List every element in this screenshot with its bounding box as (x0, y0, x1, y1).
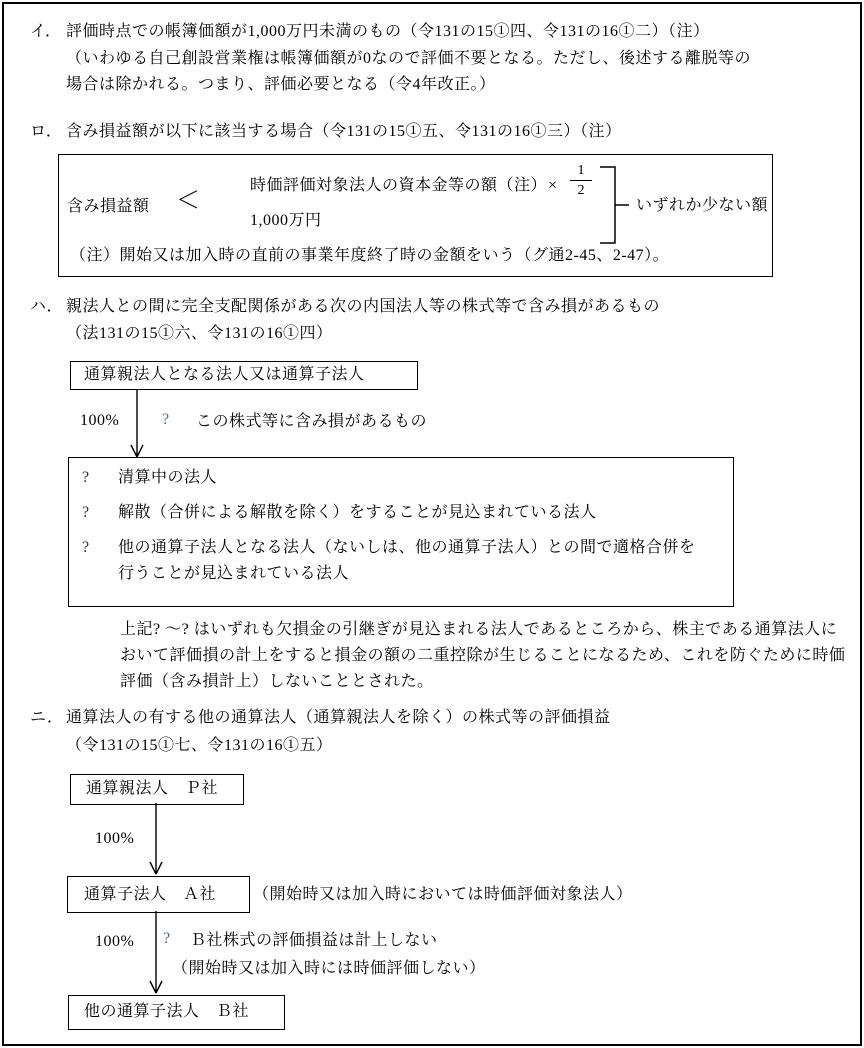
list-item: 他の通算子法人となる法人（ないしは、他の通算子法人）との間で適格合併を (118, 538, 696, 558)
ownership-percent-ha: 100% (80, 411, 119, 431)
formula-alt1: 時価評価対象法人の資本金等の額（注） (250, 176, 547, 196)
ownership-percent-p-a: 100% (95, 829, 134, 849)
list-item: 解散（合併による解散を除く）をすることが見込まれている法人 (118, 503, 597, 523)
parent-company-label: 通算親法人 Ｐ社 (86, 779, 218, 799)
multiply-sign: × (548, 176, 558, 196)
section-ro-line1: 含み損益額が以下に該当する場合（令131の15①五、令131の16①三）（注） (66, 122, 622, 142)
section-ha-label: ハ． (30, 297, 63, 317)
ownership-percent-a-b: 100% (95, 932, 134, 952)
section-i-line1: 評価時点での帳簿価額が1,000万円未満のもの（令131の15①四、令131の1… (66, 22, 710, 42)
section-ni-label: ニ． (30, 708, 63, 728)
arrow-note-ni-line1: Ｂ社株式の評価損益は計上しない (190, 931, 438, 951)
less-than-sign: ＜ (176, 191, 200, 211)
formula-lhs: 含み損益額 (67, 197, 150, 217)
subsidiary-a-note: （開始時又は加入時においては時価評価対象法人） (253, 885, 633, 905)
document-page: イ． 評価時点での帳簿価額が1,000万円未満のもの（令131の15①四、令13… (0, 0, 864, 1048)
subsidiary-a-label: 通算子法人 Ａ社 (84, 885, 216, 905)
arrow-note-ni-line2: （開始時又は加入時には時価評価しない） (172, 959, 486, 979)
question-mark: ? (162, 410, 170, 430)
ha-paragraph-line1: 上記? ～? はいずれも欠損金の引継ぎが見込まれる法人であるところから、株主であ… (120, 620, 837, 640)
section-i-label: イ． (30, 22, 62, 42)
down-arrow-icon (130, 389, 144, 458)
formula-footnote: （注）開始又は加入時の直前の事業年度終了時の金額をいう（グ通2-45、2-47）… (70, 246, 669, 266)
fraction-numerator: 1 (570, 162, 592, 181)
section-ha-line2: （法131の15①六、令131の16①四） (66, 324, 333, 344)
section-ro-label: ロ． (30, 122, 62, 142)
fraction-denominator: 2 (570, 181, 592, 199)
ha-paragraph-line3: 評価（含み損計上）しないこととされた。 (120, 672, 434, 692)
down-arrow-icon (149, 803, 163, 875)
brace-label: いずれか少ない額 (636, 196, 768, 216)
ha-paragraph-line2: おいて評価損の計上をすると損金の額の二重控除が生じることになるため、これを防ぐた… (120, 646, 845, 666)
section-ha-line1: 親法人との間に完全支配関係がある次の内国法人等の株式等で含み損があるもの (66, 297, 660, 317)
arrow-note-ha: この株式等に含み損があるもの (196, 412, 427, 432)
section-i-line2: （いわゆる自己創設営業権は帳簿価額が0なので評価不要となる。ただし、後述する離脱… (66, 49, 751, 69)
subsidiary-b-label: 他の通算子法人 Ｂ社 (84, 1002, 249, 1022)
question-mark: ? (82, 538, 90, 558)
question-mark: ? (82, 503, 90, 523)
question-mark: ? (163, 929, 171, 949)
question-mark: ? (82, 468, 90, 488)
section-ni-line2: （令131の15①七、令131の16①五） (66, 736, 333, 756)
fraction-one-half: 1 2 (570, 162, 592, 199)
down-arrow-icon (149, 911, 163, 994)
formula-alt2: 1,000万円 (250, 211, 322, 231)
list-item-continuation: 行うことが見込まれている法人 (118, 564, 349, 584)
section-i-line3: 場合は除かれる。つまり、評価必要となる（令4年改正。） (66, 75, 496, 95)
parent-or-subsidiary-label: 通算親法人となる法人又は通算子法人 (84, 365, 365, 385)
section-ni-line1: 通算法人の有する他の通算法人（通算親法人を除く）の株式等の評価損益 (66, 708, 611, 728)
list-item: 清算中の法人 (118, 468, 217, 488)
brace-icon (598, 166, 632, 246)
